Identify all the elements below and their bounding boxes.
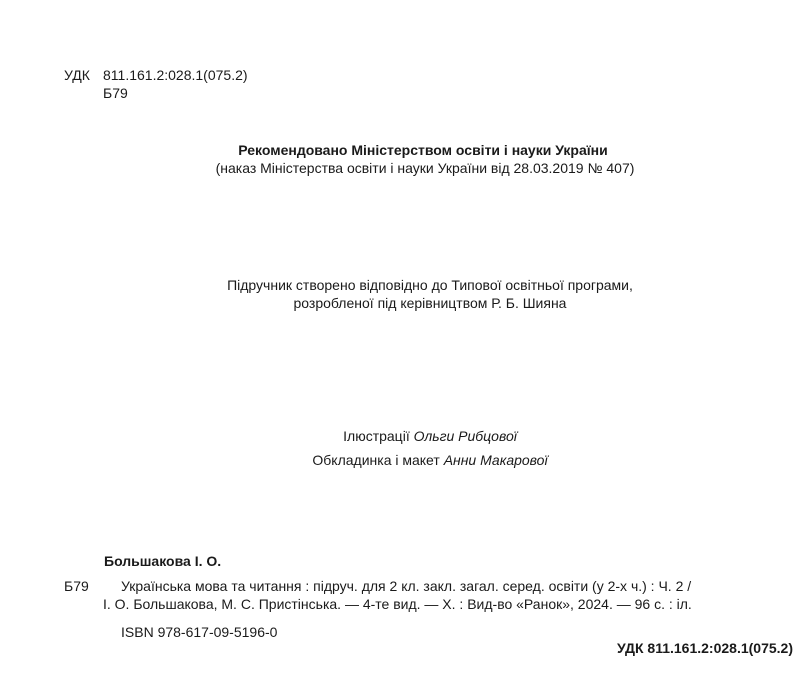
udk-footer: УДК 811.161.2:028.1(075.2)	[617, 640, 793, 656]
cover-credit: Обкладинка і макет Анни Макарової	[290, 452, 570, 468]
illustrations-label: Ілюстрації	[343, 428, 410, 444]
udk-code: 811.161.2:028.1(075.2)	[103, 67, 248, 83]
bibliography-line2: І. О. Большакова, М. С. Пристінська. — 4…	[103, 596, 692, 612]
program-note-line2: розробленої під керівництвом Р. Б. Шияна	[210, 295, 650, 311]
cover-name: Анни Макарової	[444, 452, 548, 468]
illustrations-name: Ольги Рибцової	[414, 428, 517, 444]
udk-label: УДК	[64, 67, 90, 83]
author-mark: Б79	[103, 85, 128, 101]
program-note-line1: Підручник створено відповідно до Типової…	[210, 277, 650, 293]
isbn: ISBN 978-617-09-5196-0	[121, 624, 277, 640]
author-heading: Большакова І. О.	[104, 553, 221, 569]
cover-label: Обкладинка і макет	[312, 452, 439, 468]
bibliography-line1: Українська мова та читання : підруч. для…	[121, 578, 691, 594]
illustrations-credit: Ілюстрації Ольги Рибцової	[290, 428, 570, 444]
bibliography-mark: Б79	[64, 578, 89, 594]
recommendation-order: (наказ Міністерства освіти і науки Украї…	[205, 160, 645, 176]
recommendation-title: Рекомендовано Міністерством освіти і нау…	[208, 142, 638, 158]
